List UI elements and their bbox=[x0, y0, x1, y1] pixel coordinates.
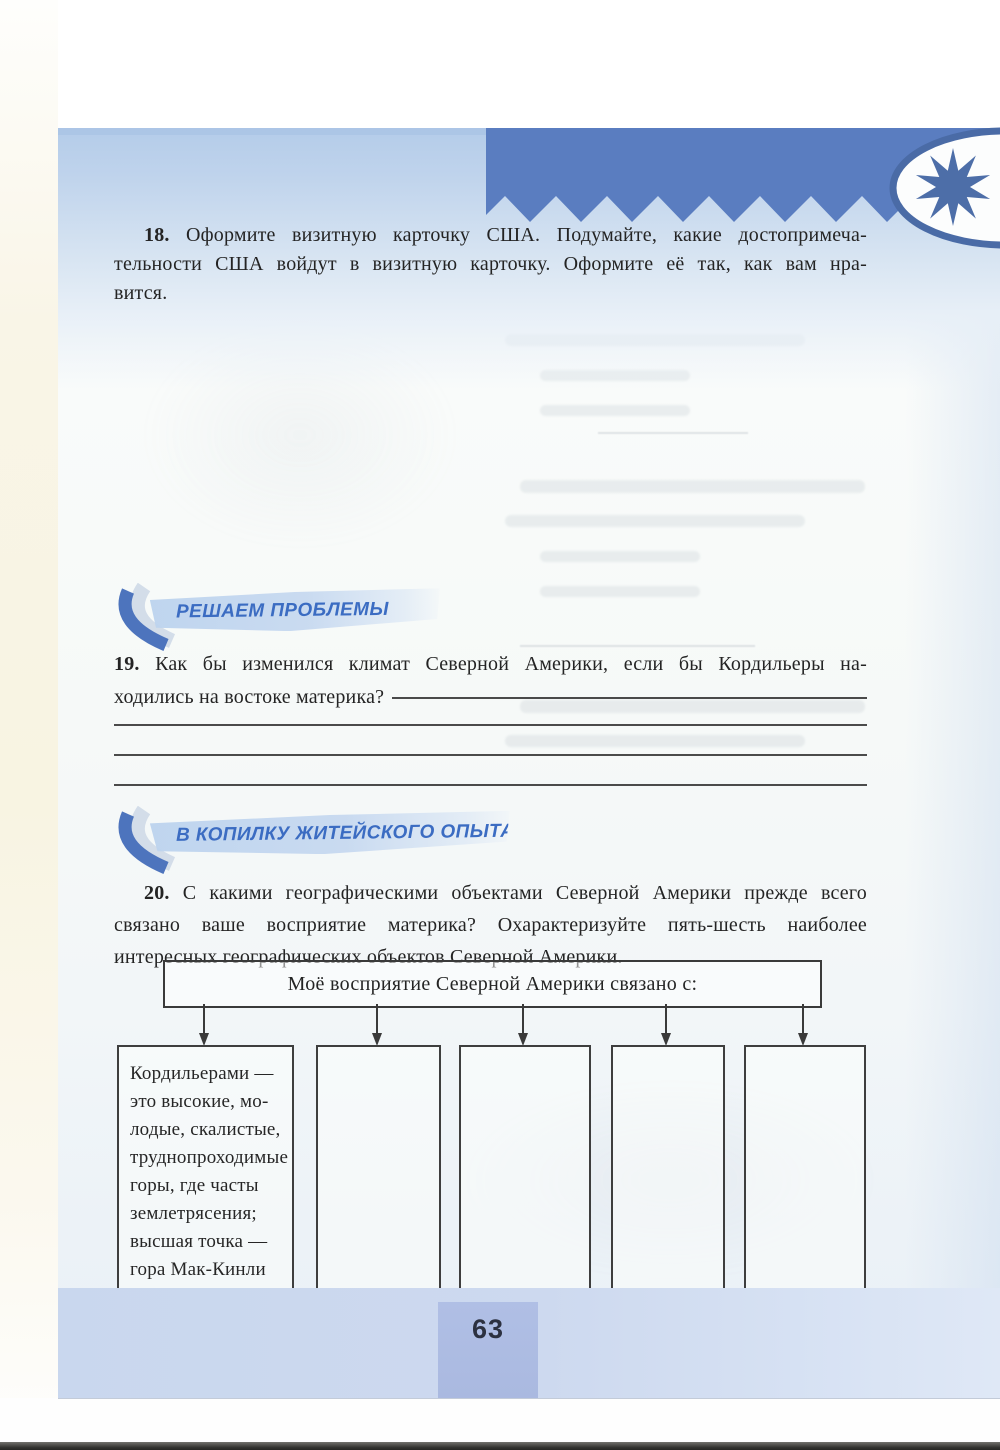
task19-line2: ходились на востоке материка? bbox=[114, 681, 867, 714]
diagram-root-box: Моё восприятие Северной Америки связано … bbox=[163, 960, 822, 1008]
diagram-box-empty-4 bbox=[611, 1045, 725, 1292]
arrow-down-icon bbox=[370, 1004, 384, 1046]
diagram-box-empty-5 bbox=[744, 1045, 866, 1292]
page-number-box: 63 bbox=[438, 1302, 538, 1398]
section-banner-band: РЕШАЕМ ПРОБЛЕМЫ bbox=[150, 588, 440, 633]
task20-line2: связано ваше восприятие материка? Охарак… bbox=[114, 909, 867, 941]
arrow-down-icon bbox=[197, 1004, 211, 1046]
scan-left-margin bbox=[0, 0, 58, 1450]
diagram-box-cordillera: Кордильерами — это высокие, мо- лодые, с… bbox=[117, 1045, 294, 1292]
task18-line2: тельности США войдут в визитную карточку… bbox=[114, 250, 867, 279]
task19-paragraph: 19. Как бы изменился климат Северной Аме… bbox=[114, 648, 867, 714]
answer-line bbox=[114, 754, 867, 756]
section-life-experience: В КОПИЛКУ ЖИТЕЙСКОГО ОПЫТА bbox=[106, 806, 606, 878]
diagram-box-empty-3 bbox=[459, 1045, 591, 1292]
scanned-workbook-page: 18. Оформите визитную карточку США. Поду… bbox=[0, 0, 1000, 1450]
task18-line1: 18. Оформите визитную карточку США. Поду… bbox=[114, 221, 867, 250]
corner-emblem bbox=[880, 118, 1000, 258]
task18-line3: вится. bbox=[114, 279, 867, 308]
answer-rule-inline bbox=[392, 697, 867, 699]
arrow-down-icon bbox=[516, 1004, 530, 1046]
arrow-down-icon bbox=[659, 1004, 673, 1046]
task20-number: 20. bbox=[144, 882, 170, 904]
arrow-down-icon bbox=[796, 1004, 810, 1046]
diagram-box1-text: Кордильерами — это высокие, мо- лодые, с… bbox=[119, 1047, 292, 1284]
scan-bottom-shadow bbox=[0, 1442, 1000, 1450]
page-number: 63 bbox=[472, 1314, 504, 1345]
task20-line1: 20. С какими географическими объектами С… bbox=[114, 877, 867, 909]
task19-line1: 19. Как бы изменился климат Северной Аме… bbox=[114, 648, 867, 681]
task20-paragraph: 20. С какими географическими объектами С… bbox=[114, 877, 867, 973]
answer-line bbox=[114, 784, 867, 786]
section-solve-problems: РЕШАЕМ ПРОБЛЕМЫ bbox=[106, 583, 526, 655]
answer-line bbox=[114, 724, 867, 726]
task18-number: 18. bbox=[144, 224, 170, 246]
diagram-root-label: Моё восприятие Северной Америки связано … bbox=[288, 973, 698, 996]
section1-title: РЕШАЕМ ПРОБЛЕМЫ bbox=[150, 598, 389, 623]
task18-paragraph: 18. Оформите визитную карточку США. Поду… bbox=[114, 221, 867, 308]
diagram-box-empty-2 bbox=[316, 1045, 441, 1292]
section2-title: В КОПИЛКУ ЖИТЕЙСКОГО ОПЫТА bbox=[150, 820, 515, 846]
section-banner-band: В КОПИЛКУ ЖИТЕЙСКОГО ОПЫТА bbox=[150, 811, 510, 856]
task19-number: 19. bbox=[114, 653, 140, 675]
